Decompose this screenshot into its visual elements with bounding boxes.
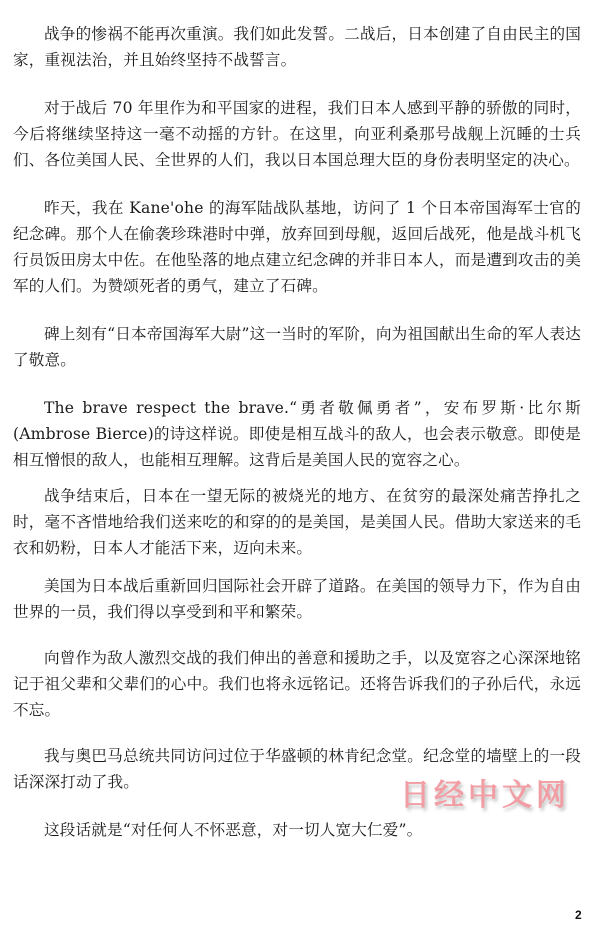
watermark-logo: 日经中文网 <box>400 770 570 814</box>
paragraph-3: 昨天，我在 Kane'ohe 的海军陆战队基地，访问了 1 个日本帝国海军士官的… <box>13 195 581 299</box>
paragraph-8: 向曾作为敌人激烈交战的我们伸出的善意和援助之手，以及宽容之心深深地铭记于祖父辈和… <box>13 645 581 723</box>
paragraph-6: 战争结束后，日本在一望无际的被烧光的地方、在贫穷的最深处痛苦挣扎之时，毫不吝惜地… <box>13 483 581 561</box>
paragraph-2: 对于战后 70 年里作为和平国家的进程，我们日本人感到平静的骄傲的同时，今后将继… <box>13 95 581 173</box>
paragraph-1: 战争的惨祸不能再次重演。我们如此发誓。二战后，日本创建了自由民主的国家，重视法治… <box>13 21 581 73</box>
paragraph-4: 碑上刻有“日本帝国海军大尉”这一当时的军阶，向为祖国献出生命的军人表达了敬意。 <box>13 321 581 373</box>
paragraph-10: 这段话就是“对任何人不怀恶意，对一切人宽大仁爱”。 <box>13 817 581 843</box>
paragraph-5: The brave respect the brave.“勇者敬佩勇者”，安布罗… <box>13 395 581 473</box>
paragraph-7: 美国为日本战后重新回归国际社会开辟了道路。在美国的领导力下，作为自由世界的一员，… <box>13 573 581 625</box>
page-number: 2 <box>575 908 582 922</box>
